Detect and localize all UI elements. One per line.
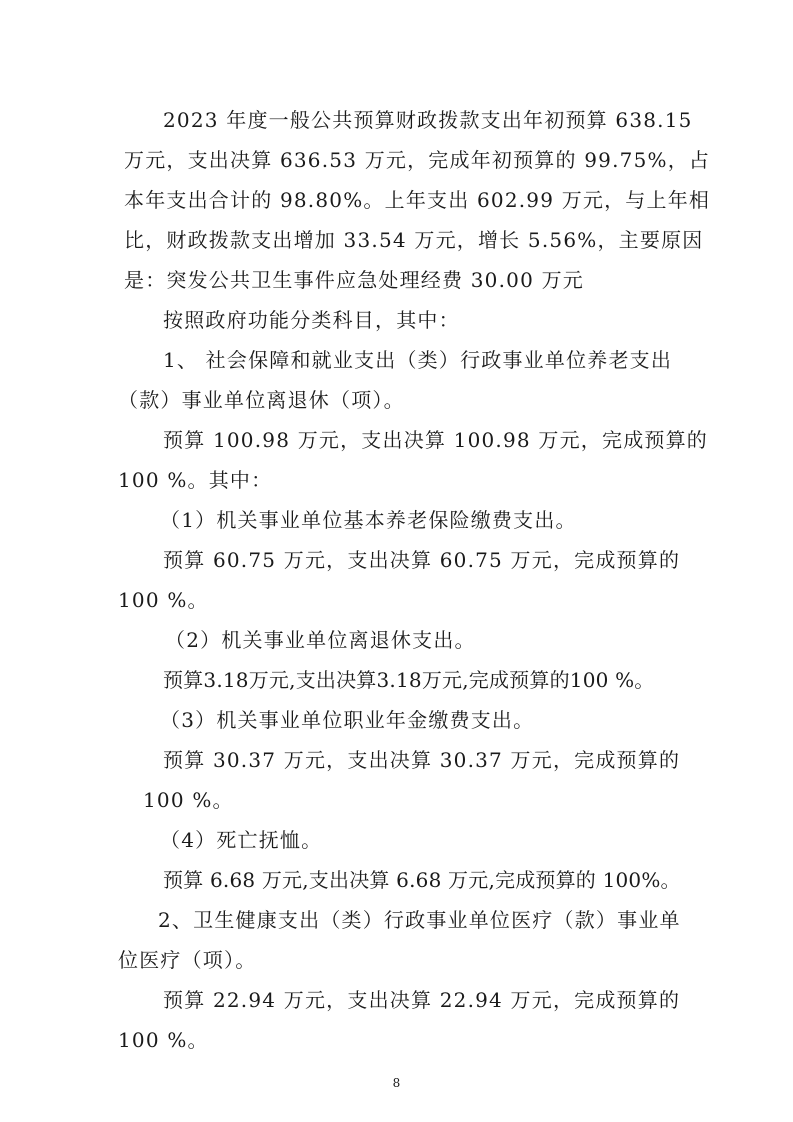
summary-line-1: 2023 年度一般公共预算财政拨款支出年初预算 638.15 bbox=[163, 108, 693, 132]
summary-line-2: 万元，支出决算 636.53 万元，完成年初预算的 99.75%，占 bbox=[124, 148, 710, 172]
summary-line-5: 是：突发公共卫生事件应急处理经费 30.00 万元 bbox=[124, 268, 584, 292]
item-2-budget-line-2: 100 %。 bbox=[118, 1028, 209, 1052]
item-1-sub-2-budget: 预算3.18万元,支出决算3.18万元,完成预算的100 %。 bbox=[163, 668, 655, 692]
item-2-heading-line-1: 2、卫生健康支出（类）行政事业单位医疗（款）事业单 bbox=[158, 908, 681, 932]
item-1-sub-4-budget: 预算 6.68 万元,支出决算 6.68 万元,完成预算的 100%。 bbox=[163, 868, 681, 892]
item-1-sub-3-budget-line-2: 100 %。 bbox=[143, 788, 234, 812]
page-number: 8 bbox=[0, 1076, 793, 1090]
item-1-sub-2-heading: （2）机关事业单位离退休支出。 bbox=[165, 628, 476, 652]
item-2-heading-line-2: 位医疗（项）。 bbox=[118, 948, 256, 972]
classification-intro: 按照政府功能分类科目，其中： bbox=[163, 308, 460, 332]
item-1-sub-1-heading: （1）机关事业单位基本养老保险缴费支出。 bbox=[160, 508, 577, 532]
document-page: 2023 年度一般公共预算财政拨款支出年初预算 638.15 万元，支出决算 6… bbox=[0, 0, 793, 1122]
summary-line-4: 比，财政拨款支出增加 33.54 万元，增长 5.56%，主要原因 bbox=[124, 228, 703, 252]
item-1-budget-line-1: 预算 100.98 万元，支出决算 100.98 万元，完成预算的 bbox=[163, 428, 708, 452]
item-2-budget-line-1: 预算 22.94 万元，支出决算 22.94 万元，完成预算的 bbox=[163, 988, 680, 1012]
item-1-sub-3-budget-line-1: 预算 30.37 万元，支出决算 30.37 万元，完成预算的 bbox=[163, 748, 680, 772]
item-1-sub-3-heading: （3）机关事业单位职业年金缴费支出。 bbox=[160, 708, 534, 732]
summary-line-3: 本年支出合计的 98.80%。上年支出 602.99 万元，与上年相 bbox=[124, 188, 710, 212]
item-1-budget-line-2: 100 %。其中： bbox=[118, 468, 272, 492]
item-1-sub-1-budget-line-1: 预算 60.75 万元，支出决算 60.75 万元，完成预算的 bbox=[163, 548, 680, 572]
item-1-heading-line-1: 1、 社会保障和就业支出（类）行政事业单位养老支出 bbox=[163, 348, 672, 372]
item-1-sub-4-heading: （4）死亡抚恤。 bbox=[160, 828, 322, 852]
item-1-heading-line-2: （款）事业单位离退休（项）。 bbox=[118, 388, 405, 412]
item-1-sub-1-budget-line-2: 100 %。 bbox=[118, 588, 209, 612]
